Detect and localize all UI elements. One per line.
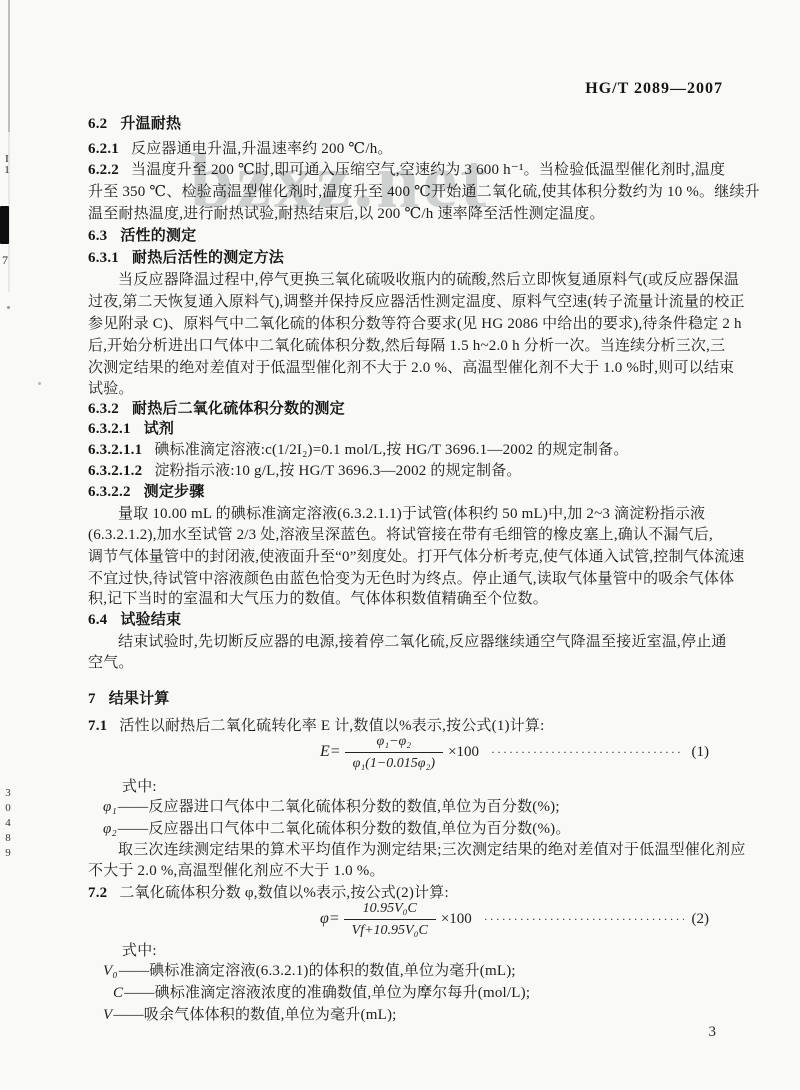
paragraph-line: 量取 10.00 mL 的碘标准滴定溶液(6.3.2.1.1)于试管(体积约 5… xyxy=(118,505,705,524)
paragraph-line: (6.3.2.1.2),加水至试管 2/3 处,溶液呈深蓝色。将试管接在带有毛细… xyxy=(88,526,713,545)
dot-leader: ········································… xyxy=(491,745,683,760)
formula-1-fraction: φ₁−φ₂ φ₁(1−0.015φ₂) xyxy=(345,733,444,772)
paragraph-line: 后,开始分析进出口气体中二氧化硫体积分数,然后每隔 1.5 h~2.0 h 分析… xyxy=(88,337,725,356)
dot-leader: ········································… xyxy=(484,912,684,927)
paragraph-line: 不宜过快,待试管中溶液颜色由蓝色恰变为无色时为终点。停止通气,读取气体量管中的吸… xyxy=(88,570,734,589)
clause-heading-6-3-1: 6.3.1耐热后活性的测定方法 xyxy=(88,249,284,268)
formula-2-times-100: ×100 xyxy=(441,911,472,928)
formula-1: E= φ₁−φ₂ φ₁(1−0.015φ₂) ×100 ············… xyxy=(88,726,723,778)
formula-2-numerator: 10.95V₀C xyxy=(344,900,436,919)
paragraph-line: 参见附录 C)、原料气中二氧化硫的体积分数等符合要求(见 HG 2086 中给出… xyxy=(88,315,742,334)
standard-number-header: HG/T 2089—2007 xyxy=(88,80,723,98)
formula-2: φ= 10.95V₀C Vf+10.95V₀C ×100 ···········… xyxy=(88,893,723,945)
scan-artifact-ink-blob xyxy=(0,206,9,244)
scan-artifact-mark: 7 xyxy=(2,253,8,268)
clause-6-2-1: 6.2.1反应器通电升温,升温速率约 200 ℃/h。 xyxy=(88,140,393,159)
formula-1-times-100: ×100 xyxy=(448,744,479,761)
paragraph-line: 空气。 xyxy=(88,654,134,673)
clause-heading-7: 7结果计算 xyxy=(88,690,170,709)
clause-heading-6-3-2-1: 6.3.2.1试剂 xyxy=(88,420,174,439)
formula-1-label: (1) xyxy=(692,744,710,761)
scan-artifact-edge-line xyxy=(8,0,10,132)
clause-heading-6-3-2-2: 6.3.2.2测定步骤 xyxy=(88,483,204,502)
formula-2-fraction: 10.95V₀C Vf+10.95V₀C xyxy=(344,900,436,939)
clause-6-2-2: 6.2.2当温度升至 200 ℃时,即可通入压缩空气,空速约为 3 600 h⁻… xyxy=(88,161,725,180)
paragraph-line: 升至 350 ℃、检验高温型催化剂时,温度升至 400 ℃开始通二氧化硫,使其体… xyxy=(88,183,760,202)
where-label: 式中: xyxy=(122,778,157,797)
clause-heading-6-3-2: 6.3.2耐热后二氧化硫体积分数的测定 xyxy=(88,400,345,419)
paragraph-line: 积,记下当时的室温和大气压力的数值。气体体积数值精确至个位数。 xyxy=(88,590,548,609)
clause-heading-6-2: 6.2升温耐热 xyxy=(88,115,181,134)
paragraph-line: 取三次连续测定结果的算术平均值作为测定结果;三次测定结果的绝对差值对于低温型催化… xyxy=(118,841,746,860)
scan-artifact-margin-digits: 3 0 4 8 9 xyxy=(2,786,14,861)
paragraph-line: 次测定结果的绝对差值对于低温型催化剂不大于 2.0 %、高温型催化剂不大于 1.… xyxy=(88,359,734,378)
variable-v-definition: V——吸余气体体积的数值,单位为毫升(mL); xyxy=(103,1006,397,1025)
paragraph-line: 当反应器降温过程中,停气更换三氧化硫吸收瓶内的硫酸,然后立即恢复通原料气(或反应… xyxy=(118,271,739,290)
paragraph-line: 温至耐热温度,进行耐热试验,耐热结束后,以 200 ℃/h 速率降至活性测定温度… xyxy=(88,205,605,224)
paragraph-line: 调节气体量管中的封闭液,使液面升至“0”刻度处。打开气体分析考克,使气体通入试管… xyxy=(88,548,744,567)
paragraph-line: 过夜,第二天恢复通入原料气),调整并保持反应器活性测定温度、原料气空速(转子流量… xyxy=(88,293,745,312)
variable-phi1-definition: φ₁——反应器进口气体中二氧化硫体积分数的数值,单位为百分数(%); xyxy=(103,798,560,817)
paragraph-line: 试验。 xyxy=(88,380,134,399)
where-label: 式中: xyxy=(122,942,157,961)
scanned-document-page: bzxz.net HG/T 2089—2007 6.2升温耐热 6.2.1反应器… xyxy=(0,0,800,1090)
clause-6-3-2-1-1: 6.3.2.1.1碘标准滴定溶液:c(1/2I₂)=0.1 mol/L,按 HG… xyxy=(88,441,629,460)
variable-v0-definition: V₀——碘标准滴定溶液(6.3.2.1)的体积的数值,单位为毫升(mL); xyxy=(103,962,516,981)
variable-c-definition: C——碘标准滴定溶液浓度的准确数值,单位为摩尔每升(mol/L); xyxy=(113,984,530,1003)
scan-artifact-speck xyxy=(7,306,10,309)
paragraph-line: 不大于 2.0 %,高温型催化剂应不大于 1.0 %。 xyxy=(88,862,385,881)
formula-1-numerator: φ₁−φ₂ xyxy=(345,733,444,752)
formula-2-label: (2) xyxy=(692,911,710,928)
clause-6-3-2-1-2: 6.3.2.1.2淀粉指示液:10 g/L,按 HG/T 3696.3—2002… xyxy=(88,462,522,481)
formula-2-lhs: φ= xyxy=(320,910,340,928)
clause-heading-6-4: 6.4试验结束 xyxy=(88,611,181,630)
formula-1-lhs: E= xyxy=(320,743,341,761)
scan-artifact-speck xyxy=(38,382,41,385)
clause-heading-6-3: 6.3活性的测定 xyxy=(88,227,196,246)
formula-1-denominator: φ₁(1−0.015φ₂) xyxy=(345,752,444,772)
variable-phi2-definition: φ₂——反应器出口气体中二氧化硫体积分数的数值,单位为百分数(%)。 xyxy=(103,820,571,839)
page-number: 3 xyxy=(88,1024,716,1041)
scan-artifact-mark: I 1 xyxy=(2,154,12,176)
paragraph-line: 结束试验时,先切断反应器的电源,接着停二氧化硫,反应器继续通空气降温至接近室温,… xyxy=(118,633,727,652)
formula-2-denominator: Vf+10.95V₀C xyxy=(344,919,436,939)
